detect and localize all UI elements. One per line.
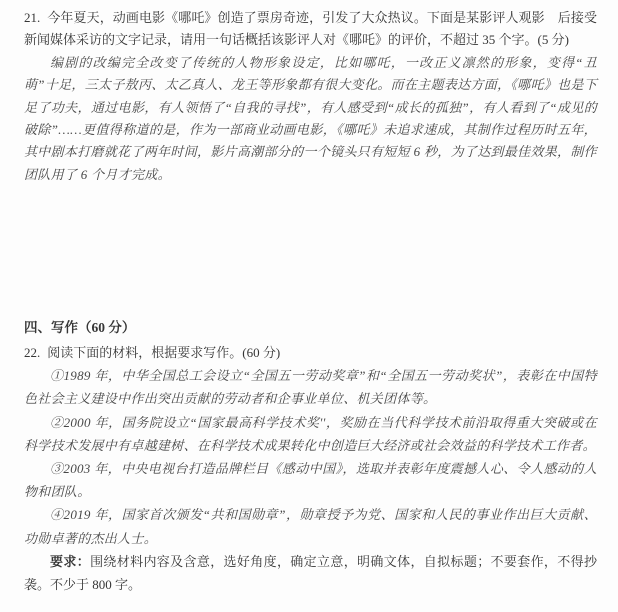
requirements-label: 要求： <box>50 554 90 569</box>
writing-section: 四、写作（60 分） 22.阅读下面的材料，根据要求写作。(60 分) ①198… <box>24 316 597 596</box>
section-4-heading: 四、写作（60 分） <box>24 316 597 339</box>
material-item-2: ②2000 年，国务院设立“国家最高科学技术奖''，奖励在当代科学技术前沿取得重… <box>24 411 597 457</box>
question-22-stem-text: 阅读下面的材料，根据要求写作。(60 分) <box>47 345 280 360</box>
question-21-section: 21.今年夏天，动画电影《哪吒》创造了票房奇迹，引发了大众热议。下面是某影评人观… <box>24 7 597 186</box>
material-item-1: ①1989 年，中华全国总工会设立“全国五一劳动奖章”和“全国五一劳动奖状”，表… <box>24 364 597 410</box>
question-21-stem-text: 今年夏天，动画电影《哪吒》创造了票房奇迹，引发了大众热议。下面是某影评人观影 后… <box>24 10 597 47</box>
question-22-number: 22. <box>24 345 40 360</box>
requirements-text: 围绕材料内容及含意，选好角度，确定立意，明确文体，自拟标题；不要套作，不得抄袭。… <box>24 554 597 592</box>
question-21-stem: 21.今年夏天，动画电影《哪吒》创造了票房奇迹，引发了大众热议。下面是某影评人观… <box>24 7 597 52</box>
requirements-paragraph: 要求：围绕材料内容及含意，选好角度，确定立意，明确文体，自拟标题；不要套作，不得… <box>24 550 597 596</box>
exam-paper-page: 21.今年夏天，动画电影《哪吒》创造了票房奇迹，引发了大众热议。下面是某影评人观… <box>0 0 618 612</box>
material-item-4: ④2019 年，国家首次颁发“共和国勋章”，勋章授予为党、国家和人民的事业作出巨… <box>24 503 597 549</box>
question-21-critic-passage: 编剧的改编完全改变了传统的人物形象设定，比如哪吒，一改正义凛然的形象，变得“丑萌… <box>24 52 597 186</box>
material-item-3: ③2003 年，中央电视台打造品牌栏目《感动中国》，选取并表彰年度震撼人心、令人… <box>24 457 597 503</box>
question-21-number: 21. <box>24 10 40 25</box>
question-22-stem: 22.阅读下面的材料，根据要求写作。(60 分) <box>24 341 597 364</box>
